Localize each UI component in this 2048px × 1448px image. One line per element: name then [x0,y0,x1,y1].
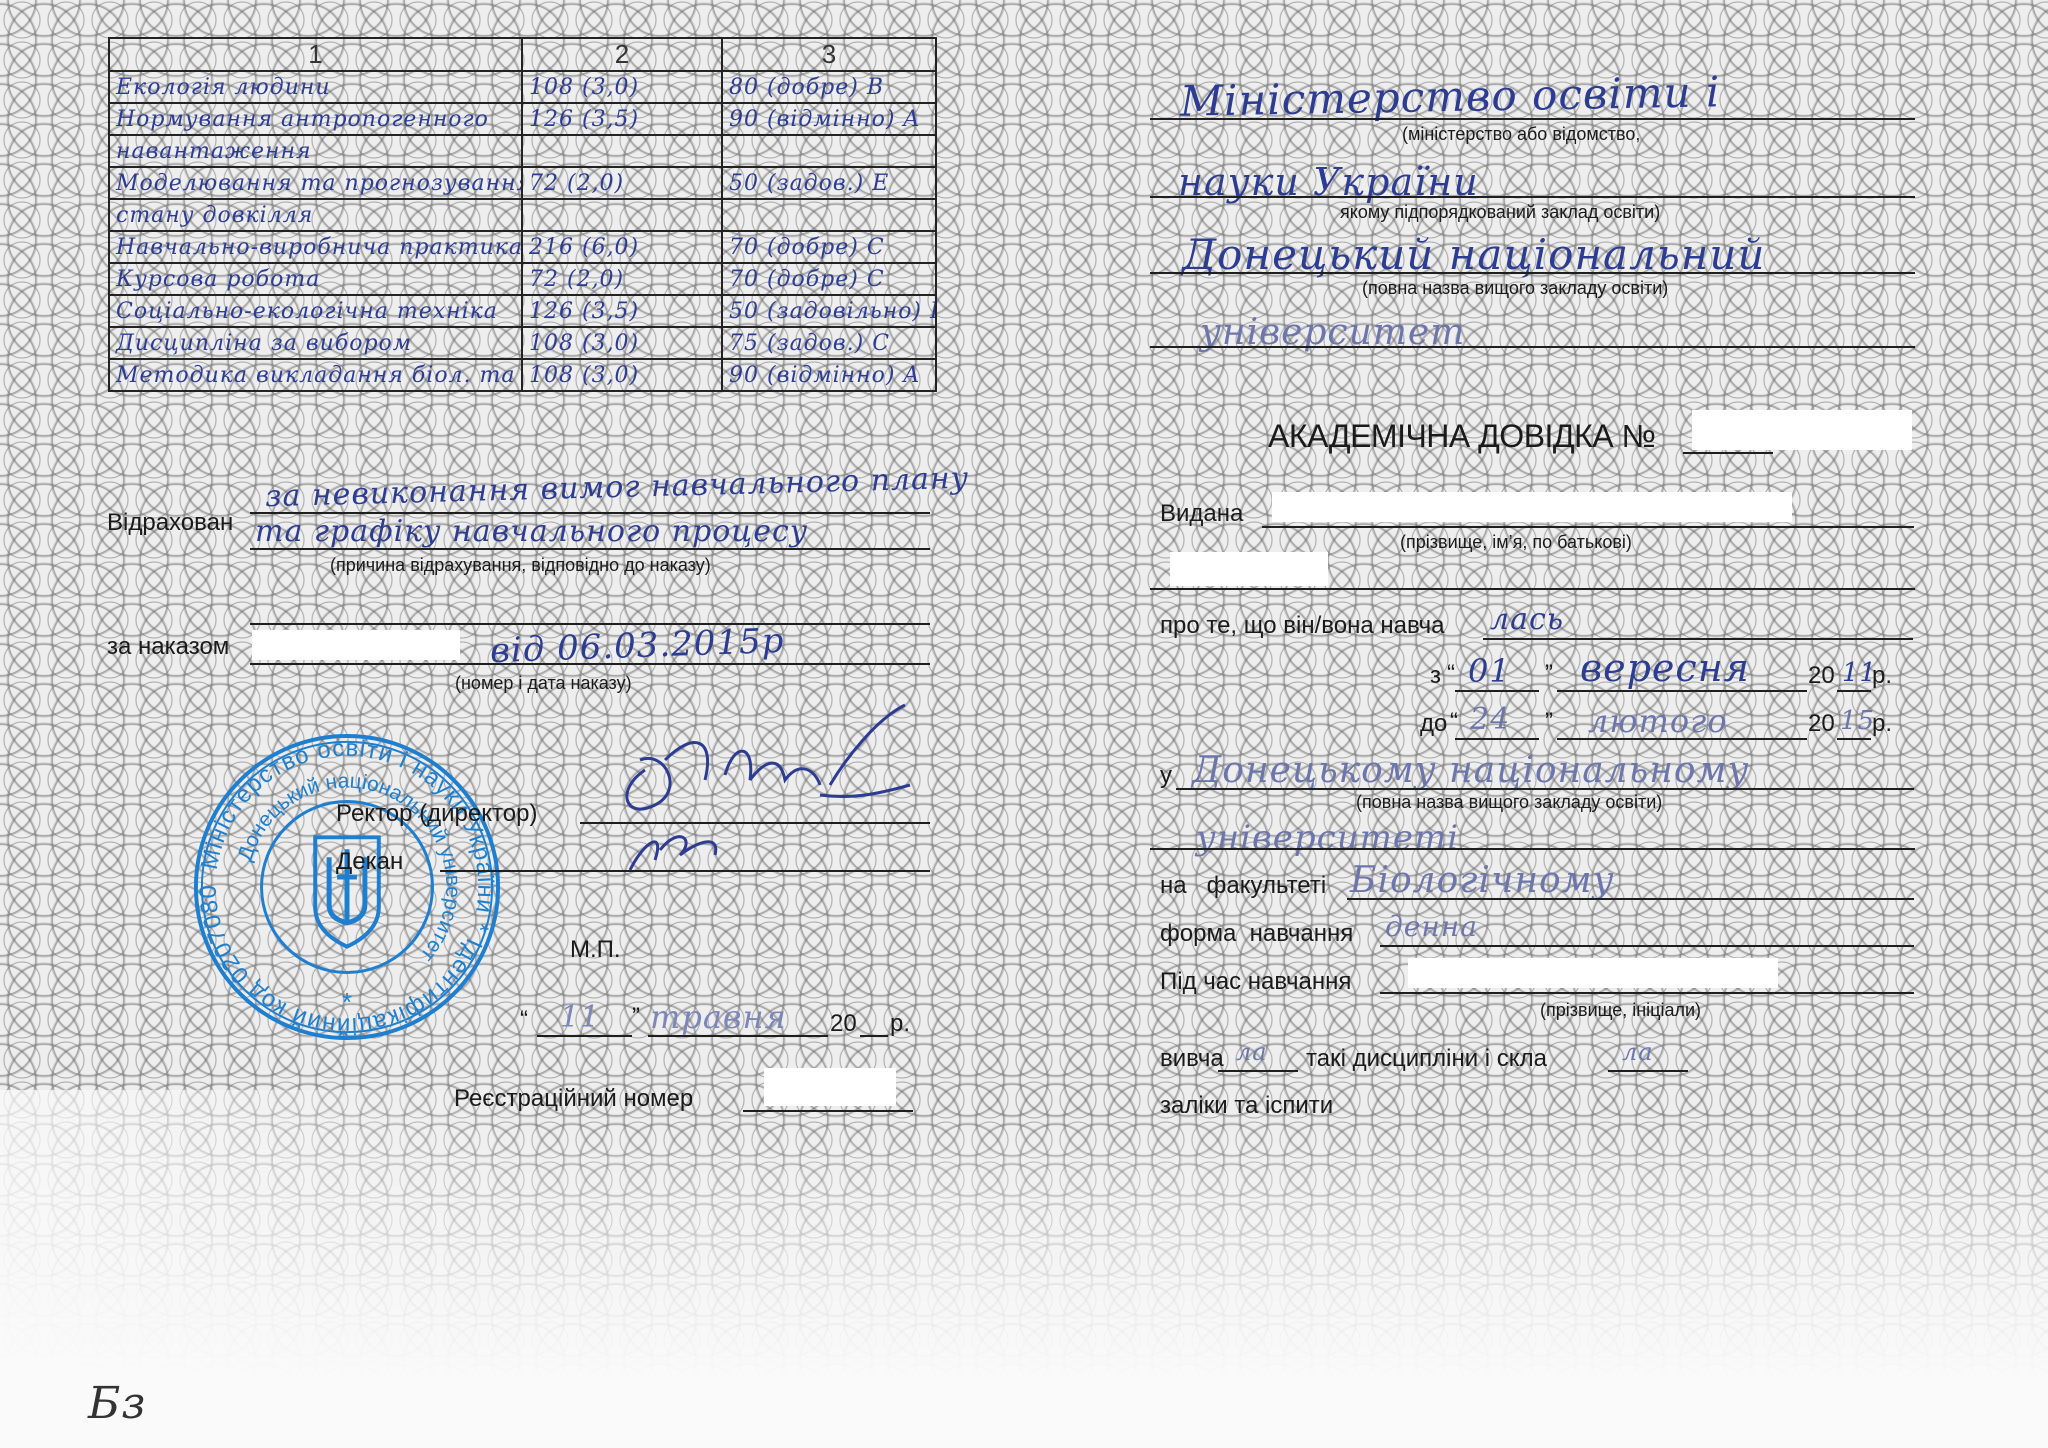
table-row: Методика викладання біол. та гео108 (3,0… [109,359,936,391]
study-form-line [1380,945,1914,947]
hours-credits-cell [522,135,722,167]
hours-credits-cell: 108 (3,0) [522,327,722,359]
ministry-line-1 [1150,118,1915,120]
disciplines-line [1608,1070,1688,1072]
table-row: Навчально-виробнича практика216 (6,0)70 … [109,231,936,263]
to-year-value: 15 [1840,706,1875,736]
from-year-prefix: 20 [1808,662,1835,690]
issued-caption: (прізвище, ім’я, по батькові) [1400,532,1632,553]
expelled-reason-line-2-value: та графіку навчального процесу [255,514,808,549]
to-month-value: лютого [1588,702,1728,740]
issued-line [1262,526,1914,528]
discipline-cell: стану довкілля [109,199,522,231]
date-year-suffix: р. [890,1010,910,1038]
seal-star: * [342,989,352,1017]
study-form-value: денна [1385,910,1478,943]
date-year-prefix: 20 [830,1010,857,1038]
table-row: Соціально-екологічна техніка126 (3,5)50 … [109,295,936,327]
hours-credits-cell [522,199,722,231]
hours-credits-cell: 216 (6,0) [522,231,722,263]
grade-cell: 90 (відмінно) A [722,103,936,135]
table-row: Нормування антропогенного126 (3,5)90 (ві… [109,103,936,135]
rector-label: Ректор (директор) [336,800,537,828]
institution-caption: (повна назва вищого закладу освіти) [1362,278,1668,299]
column-header: 2 [522,38,722,71]
grade-cell: 80 (добре) B [722,71,936,103]
institution-line-1 [1150,272,1915,274]
date-year-line [860,1035,888,1037]
hours-credits-cell: 72 (2,0) [522,167,722,199]
during-line [1380,992,1914,994]
studied-suffix-value: лась [1490,602,1564,637]
from-month-value: вересня [1580,646,1750,690]
hours-credits-cell: 108 (3,0) [522,71,722,103]
discipline-cell: Нормування антропогенного [109,103,522,135]
studied-disciplines-line [1218,1070,1298,1072]
university-seal-stamp: Міністерство освіти і науки України * Ід… [188,728,506,1046]
faculty-label: на факультеті [1160,872,1326,900]
faculty-value: Біологічному [1350,860,1614,901]
institution-line-2 [1150,346,1915,348]
discipline-cell: навантаження [109,135,522,167]
column-header: 1 [109,38,522,71]
during-label: Під час навчання [1160,968,1351,996]
exams-label: заліки та іспити [1160,1092,1333,1120]
in-institution-line-1 [1176,788,1914,790]
order-number-redaction [252,630,460,660]
disciplines-value: ла [1622,1038,1654,1066]
grade-cell: 70 (добре) C [722,263,936,295]
to-day-value: 24 [1470,702,1510,737]
hours-credits-cell: 72 (2,0) [522,263,722,295]
to-year-prefix: 20 [1808,710,1835,738]
grade-cell: 70 (добре) C [722,231,936,263]
ministry-caption-1: (міністерство або відомство, [1402,124,1640,145]
to-open-quote: “ [1450,708,1458,736]
issued-name-redaction [1272,492,1792,522]
discipline-cell: Екологія людини [109,71,522,103]
grade-cell [722,135,936,167]
in-institution-value-2: університеті [1196,818,1459,858]
issued-label: Видана [1160,500,1243,528]
disciplines-label: такі дисципліни і скла [1306,1045,1547,1073]
from-year-suffix: р. [1872,662,1892,690]
study-form-label: форма навчання [1160,920,1353,948]
table-row: стану довкілля [109,199,936,231]
discipline-cell: Моделювання та прогнозування [109,167,522,199]
date-day-line [537,1035,632,1037]
registration-line [743,1110,913,1112]
date-close-quote: ” [632,1003,640,1031]
during-name-redaction [1408,958,1778,988]
table-row: Дисципліна за вибором108 (3,0)75 (задов.… [109,327,936,359]
to-year-line [1837,738,1871,740]
discipline-cell: Методика викладання біол. та гео [109,359,522,391]
date-open-quote: “ [520,1006,528,1034]
expelled-caption: (причина відрахування, відповідно до нак… [330,555,711,576]
grade-cell: 50 (задовільно) E [722,295,936,327]
from-day-line [1455,690,1539,692]
issued-line-2 [1150,588,1915,590]
to-label: до [1420,710,1447,738]
during-caption: (прізвище, ініціали) [1540,1000,1701,1021]
discipline-cell: Дисципліна за вибором [109,327,522,359]
expelled-label: Відрахован [107,509,233,537]
seal-place-label: М.П. [570,936,621,964]
discipline-cell: Курсова робота [109,263,522,295]
from-year-line [1837,690,1871,692]
document-number-line [1683,452,1773,454]
ministry-line-2 [1150,196,1915,198]
hours-credits-cell: 126 (3,5) [522,295,722,327]
table-row: навантаження [109,135,936,167]
hours-credits-cell: 126 (3,5) [522,103,722,135]
to-day-line [1455,738,1539,740]
ministry-caption-2: якому підпорядкований заклад освіти) [1340,202,1660,223]
dean-label: Декан [336,848,403,876]
from-day-value: 01 [1468,652,1511,690]
document-number-redaction [1692,410,1912,450]
table-row: Екологія людини108 (3,0)80 (добре) B [109,71,936,103]
hours-credits-cell: 108 (3,0) [522,359,722,391]
column-header: 3 [722,38,936,71]
discipline-cell: Навчально-виробнича практика [109,231,522,263]
order-line-1 [250,623,930,625]
grades-table: 1 2 3 Екологія людини108 (3,0)80 (добре)… [108,37,937,392]
in-caption: (повна назва вищого закладу освіти) [1356,792,1662,813]
grades-table-header: 1 2 3 [109,38,936,71]
dean-signature [625,820,745,875]
from-close-quote: ” [1545,660,1553,688]
grade-cell: 90 (відмінно) A [722,359,936,391]
grade-cell: 50 (задов.) E [722,167,936,199]
registration-number-redaction [764,1068,896,1106]
document-title: АКАДЕМІЧНА ДОВІДКА № [1268,418,1655,455]
grade-cell [722,199,936,231]
to-year-suffix: р. [1872,710,1892,738]
grade-cell: 75 (задов.) C [722,327,936,359]
to-close-quote: ” [1545,708,1553,736]
studied-disciplines-label: вивча [1160,1045,1224,1073]
studied-label: про те, що він/вона навча [1160,612,1444,640]
table-row: Моделювання та прогнозування72 (2,0)50 (… [109,167,936,199]
corner-initials: Бз [88,1378,146,1429]
in-institution-value-1: Донецькому національному [1192,750,1749,791]
date-month-value: травня [650,998,787,1036]
date-day-value: 11 [560,1000,600,1035]
faculty-line [1347,898,1914,900]
from-month-line [1557,690,1807,692]
from-label: з [1430,662,1441,690]
ministry-value-1: Міністерство освіти і [1180,67,1721,125]
order-caption: (номер і дата наказу) [455,673,632,694]
studied-line [1483,638,1913,640]
in-institution-line-2 [1150,848,1915,850]
registration-label: Реєстраційний номер [454,1085,693,1113]
scan-fade-left [0,1090,520,1448]
issued-name-redaction-2 [1170,552,1328,586]
order-label: за наказом [107,633,229,661]
in-label: у [1160,762,1172,790]
studied-disciplines-value: ла [1236,1038,1268,1066]
discipline-cell: Соціально-екологічна техніка [109,295,522,327]
rector-signature [605,700,915,830]
table-row: Курсова робота72 (2,0)70 (добре) C [109,263,936,295]
from-open-quote: “ [1447,660,1455,688]
